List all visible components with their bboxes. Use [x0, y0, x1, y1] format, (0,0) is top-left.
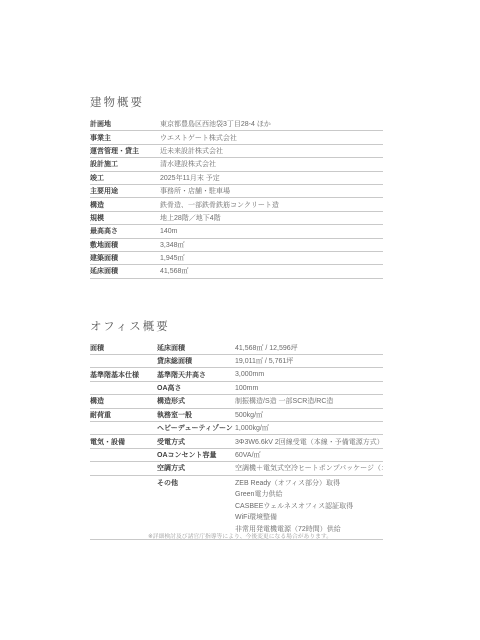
office-sublabel: 貸床総面積 [157, 356, 235, 366]
office-row: ヘビーデューティゾーン 1,000kg/㎡ [90, 422, 383, 435]
spec-value: 地上28階／地下4階 [160, 213, 383, 223]
office-row: 構造 構造形式 制振構造/S造 一部SCR造/RC造 [90, 395, 383, 408]
spec-row: 規模 地上28階／地下4階 [90, 212, 383, 225]
spec-label: 主要用途 [90, 186, 160, 196]
office-others-line: WiFi環境整備 [235, 512, 383, 524]
spec-label: 運営管理・貸主 [90, 146, 160, 156]
office-row: 面積 延床面積 41,568㎡ / 12,596坪 [90, 342, 383, 355]
office-others-line: ZEB Ready（オフィス部分）取得 [235, 478, 383, 490]
office-category: 耐荷重 [90, 410, 157, 420]
office-row: OA高さ 100mm [90, 382, 383, 395]
office-sublabel: 空調方式 [157, 463, 235, 473]
office-value: 60VA/㎡ [235, 450, 383, 460]
spec-row: 計画地 東京都豊島区西池袋3丁目28-4 ほか [90, 118, 383, 131]
office-others-line: Green電力供給 [235, 489, 383, 501]
office-value: 3,000mm [235, 371, 383, 378]
spec-value: 事務所・店舗・駐車場 [160, 186, 383, 196]
spec-label: 事業主 [90, 133, 160, 143]
office-sublabel: 基準階天井高さ [157, 370, 235, 380]
document-body: 建物概要 計画地 東京都豊島区西池袋3丁目28-4 ほか 事業主 ウエストゲート… [90, 94, 383, 540]
building-spec-table: 計画地 東京都豊島区西池袋3丁目28-4 ほか 事業主 ウエストゲート株式会社 … [90, 118, 383, 279]
office-category: 電気・設備 [90, 437, 157, 447]
spec-value: 近未来設計株式会社 [160, 146, 383, 156]
spec-label: 設計施工 [90, 159, 160, 169]
spec-value: 41,568㎡ [160, 266, 383, 276]
office-sublabel: 執務室一般 [157, 410, 235, 420]
office-category: 構造 [90, 396, 157, 406]
office-value: 500kg/㎡ [235, 410, 383, 420]
office-value: 41,568㎡ / 12,596坪 [235, 343, 383, 353]
office-category: 面積 [90, 343, 157, 353]
spec-label: 規模 [90, 213, 160, 223]
spec-value: 鉄骨造、一部鉄骨鉄筋コンクリート造 [160, 200, 383, 210]
office-others-line: CASBEEウェルネスオフィス認証取得 [235, 501, 383, 513]
spec-row: 竣工 2025年11月末 予定 [90, 172, 383, 185]
spec-label: 建築面積 [90, 253, 160, 263]
office-row: 電気・設備 受電方式 3Φ3W6.6kV 2回線受電（本線・予備電源方式） [90, 435, 383, 448]
office-value: 19,011㎡ / 5,761坪 [235, 356, 383, 366]
office-sublabel: 受電方式 [157, 437, 235, 447]
spec-label: 竣工 [90, 173, 160, 183]
spec-row: 主要用途 事務所・店舗・駐車場 [90, 185, 383, 198]
spec-value: 2025年11月末 予定 [160, 173, 383, 183]
spec-label: 計画地 [90, 119, 160, 129]
spec-label: 敷地面積 [90, 240, 160, 250]
office-sublabel: その他 [157, 478, 235, 488]
spec-row: 延床面積 41,568㎡ [90, 265, 383, 278]
spec-value: ウエストゲート株式会社 [160, 133, 383, 143]
office-value: 3Φ3W6.6kV 2回線受電（本線・予備電源方式） [235, 437, 383, 447]
spec-row: 事業主 ウエストゲート株式会社 [90, 131, 383, 144]
office-row: OAコンセント容量 60VA/㎡ [90, 449, 383, 462]
spec-value: 清水建設株式会社 [160, 159, 383, 169]
office-row: 空調方式 空調機＋電気式空冷ヒートポンプパッケージ（オフィス部分） [90, 462, 383, 475]
spec-row: 構造 鉄骨造、一部鉄骨鉄筋コンクリート造 [90, 198, 383, 211]
office-overview-section: オフィス概要 面積 延床面積 41,568㎡ / 12,596坪 貸床総面積 1… [90, 318, 383, 540]
spec-row: 設計施工 清水建設株式会社 [90, 158, 383, 171]
office-value: 100mm [235, 385, 383, 392]
office-value: 制振構造/S造 一部SCR造/RC造 [235, 396, 383, 406]
spec-value: 東京都豊島区西池袋3丁目28-4 ほか [160, 119, 383, 129]
office-sublabel: ヘビーデューティゾーン [157, 423, 235, 433]
spec-row: 敷地面積 3,348㎡ [90, 239, 383, 252]
office-row: 耐荷重 執務室一般 500kg/㎡ [90, 409, 383, 422]
office-category: 基準階基本仕様 [90, 370, 157, 380]
office-sublabel: 延床面積 [157, 343, 235, 353]
office-title: オフィス概要 [90, 318, 383, 334]
spec-value: 140m [160, 228, 383, 235]
spec-value: 1,945㎡ [160, 253, 383, 263]
office-sublabel: OA高さ [157, 383, 235, 393]
office-sublabel: 構造形式 [157, 396, 235, 406]
spec-label: 延床面積 [90, 266, 160, 276]
office-others-list: ZEB Ready（オフィス部分）取得 Green電力供給 CASBEEウェルネ… [235, 478, 383, 536]
spec-row: 最高高さ 140m [90, 225, 383, 238]
spec-row: 運営管理・貸主 近未来設計株式会社 [90, 145, 383, 158]
building-overview-section: 建物概要 計画地 東京都豊島区西池袋3丁目28-4 ほか 事業主 ウエストゲート… [90, 94, 383, 279]
building-title: 建物概要 [90, 94, 383, 110]
spec-row: 建築面積 1,945㎡ [90, 252, 383, 265]
footnote: ※詳細検討及び諸官庁指導等により、今後変更になる場合があります。 [0, 531, 480, 540]
spec-value: 3,348㎡ [160, 240, 383, 250]
office-value: 空調機＋電気式空冷ヒートポンプパッケージ（オフィス部分） [235, 463, 383, 473]
spec-label: 構造 [90, 200, 160, 210]
spec-label: 最高高さ [90, 226, 160, 236]
office-row: 貸床総面積 19,011㎡ / 5,761坪 [90, 355, 383, 368]
office-value: 1,000kg/㎡ [235, 423, 383, 433]
office-row: 基準階基本仕様 基準階天井高さ 3,000mm [90, 368, 383, 381]
office-spec-table: 面積 延床面積 41,568㎡ / 12,596坪 貸床総面積 19,011㎡ … [90, 342, 383, 540]
office-row-others: その他 ZEB Ready（オフィス部分）取得 Green電力供給 CASBEE… [90, 476, 383, 540]
office-sublabel: OAコンセント容量 [157, 450, 235, 460]
